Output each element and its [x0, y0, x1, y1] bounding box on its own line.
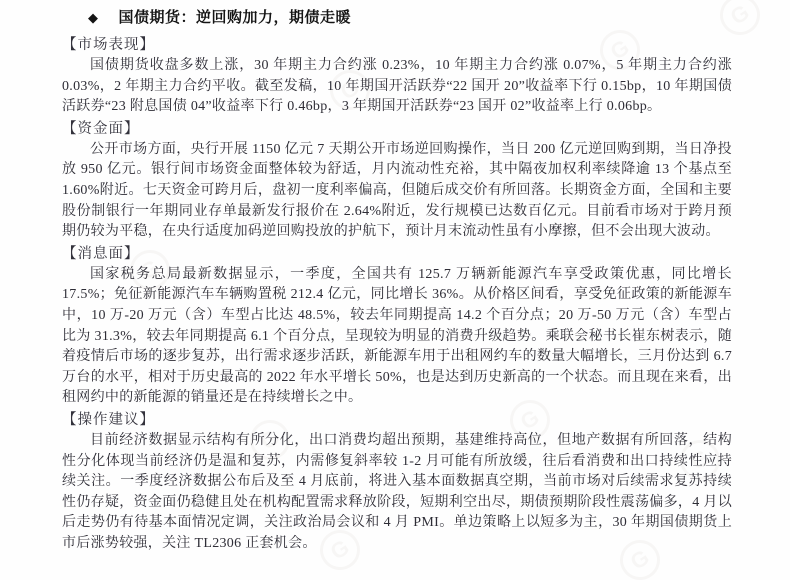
section-body: 国家税务总局最新数据显示，一季度，全国共有 125.7 万辆新能源汽车享受政策优… — [62, 265, 732, 409]
section-header: 【操作建议】 — [62, 410, 732, 431]
section-news: 【消息面】 国家税务总局最新数据显示，一季度，全国共有 125.7 万辆新能源汽… — [62, 244, 732, 409]
section-header: 【资金面】 — [62, 119, 732, 140]
section-operation-advice: 【操作建议】 目前经济数据显示结构有所分化，出口消费均超出预期，基建维持高位，但… — [62, 410, 732, 555]
section-funding: 【资金面】 公开市场方面，央行开展 1150 亿元 7 天期公开市场逆回购操作，… — [62, 119, 732, 243]
diamond-bullet-icon: ◆ — [88, 7, 99, 29]
section-header: 【消息面】 — [62, 244, 732, 265]
report-content: ◆ 国债期货：逆回购加力，期债走暖 【市场表现】 国债期货收盘多数上涨，30 年… — [0, 0, 790, 554]
section-body: 国债期货收盘多数上涨，30 年期主力合约涨 0.23%，10 年期主力合约涨 0… — [62, 56, 732, 118]
report-page: G G G G G G G G G ◆ 国债期货：逆回购加力，期债走暖 【市场表… — [0, 0, 790, 580]
page-title: 国债期货：逆回购加力，期债走暖 — [119, 7, 352, 29]
section-body: 目前经济数据显示结构有所分化，出口消费均超出预期，基建维持高位，但地产数据有所回… — [62, 431, 732, 555]
section-market-performance: 【市场表现】 国债期货收盘多数上涨，30 年期主力合约涨 0.23%，10 年期… — [62, 35, 732, 118]
section-header: 【市场表现】 — [62, 35, 732, 56]
report-title-row: ◆ 国债期货：逆回购加力，期债走暖 — [62, 7, 732, 29]
section-body: 公开市场方面，央行开展 1150 亿元 7 天期公开市场逆回购操作，当日 200… — [62, 140, 732, 243]
